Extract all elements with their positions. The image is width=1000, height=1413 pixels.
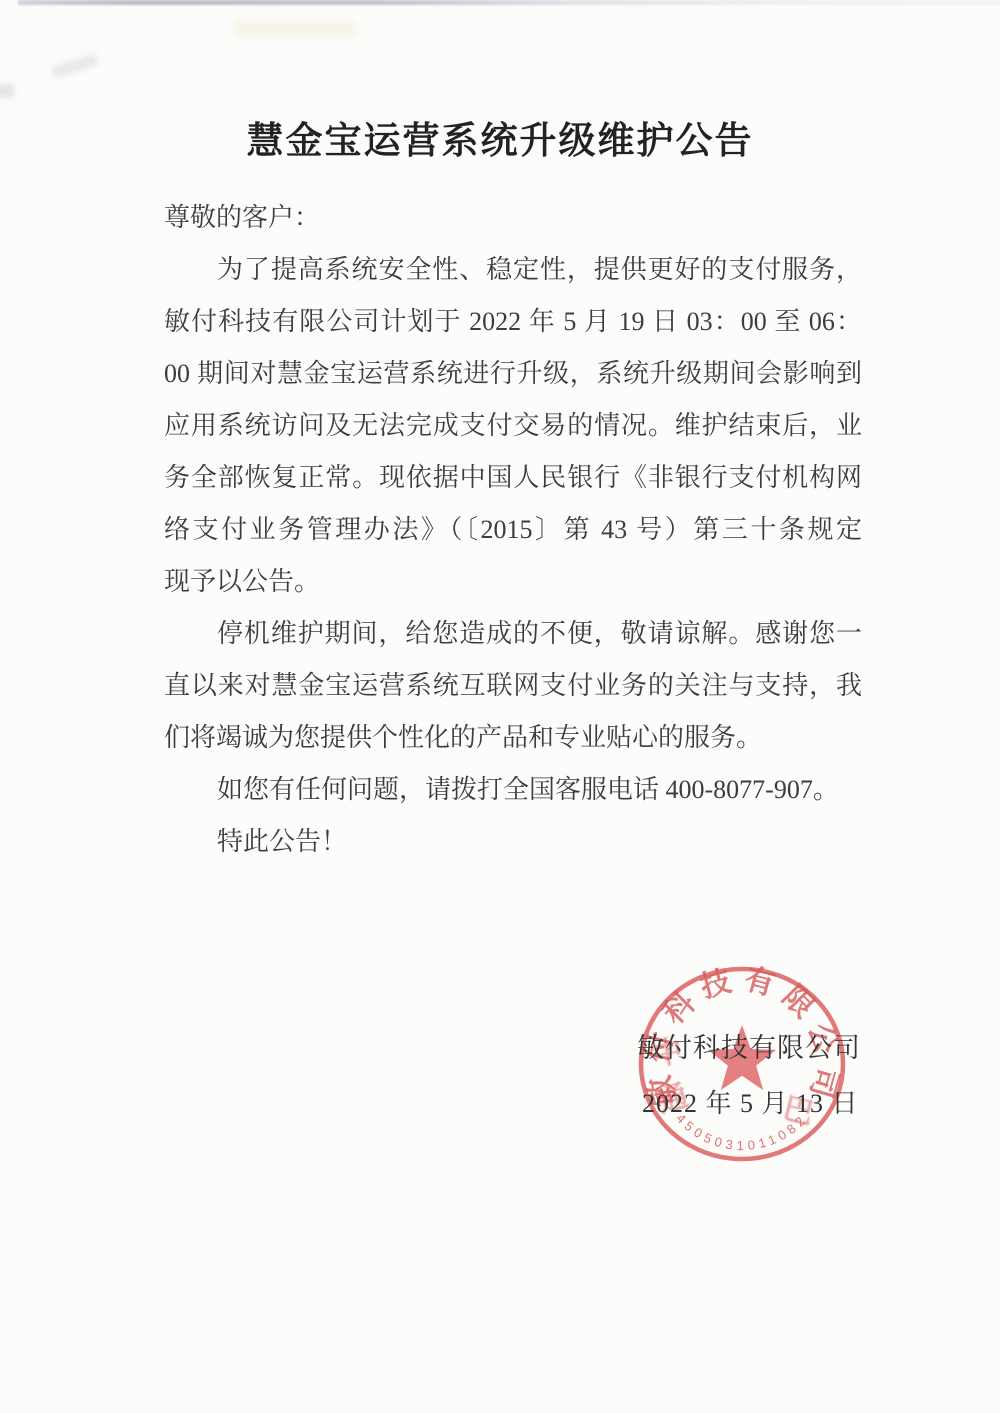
body-line: 务全部恢复正常。现依据中国人民银行《非银行支付机构网 [164,452,862,504]
body-line: 现予以公告。 [164,556,862,608]
document-page: 慧金宝运营系统升级维护公告 尊敬的客户：为了提高系统安全性、稳定性，提供更好的支… [0,0,1000,1413]
body-line: 00 期间对慧金宝运营系统进行升级，系统升级期间会影响到 [164,348,862,400]
signature-date: 2022 年 5 月 13 日 [642,1091,902,1117]
body-line: 尊敬的客户： [164,192,862,244]
body-line: 直以来对慧金宝运营系统互联网支付业务的关注与支持，我 [164,660,862,712]
body-line: 为了提高系统安全性、稳定性，提供更好的支付服务， [164,244,862,296]
body-line: 特此公告！ [164,816,862,868]
scan-edge-artifact [18,0,1000,5]
body-line: 应用系统访问及无法完成支付交易的情况。维护结束后，业 [164,400,862,452]
body-line: 络支付业务管理办法》（〔2015〕第 43 号）第三十条规定 [164,504,862,556]
page-title: 慧金宝运营系统升级维护公告 [0,110,1000,164]
scan-speck [0,84,14,98]
body-lines: 尊敬的客户：为了提高系统安全性、稳定性，提供更好的支付服务，敏付科技有限公司计划… [164,192,862,868]
body-line: 敏付科技有限公司计划于 2022 年 5 月 19 日 03：00 至 06： [164,296,862,348]
body-line: 如您有任何问题，请拨打全国客服电话 400-8077-907。 [164,764,862,816]
scan-speck [51,53,98,79]
body-line: 们将竭诚为您提供个性化的产品和专业贴心的服务。 [164,712,862,764]
signature-company: 敏付科技有限公司 [637,1035,897,1062]
body-line: 停机维护期间，给您造成的不便，敬请谅解。感谢您一 [164,608,862,660]
scan-tint [235,22,355,36]
